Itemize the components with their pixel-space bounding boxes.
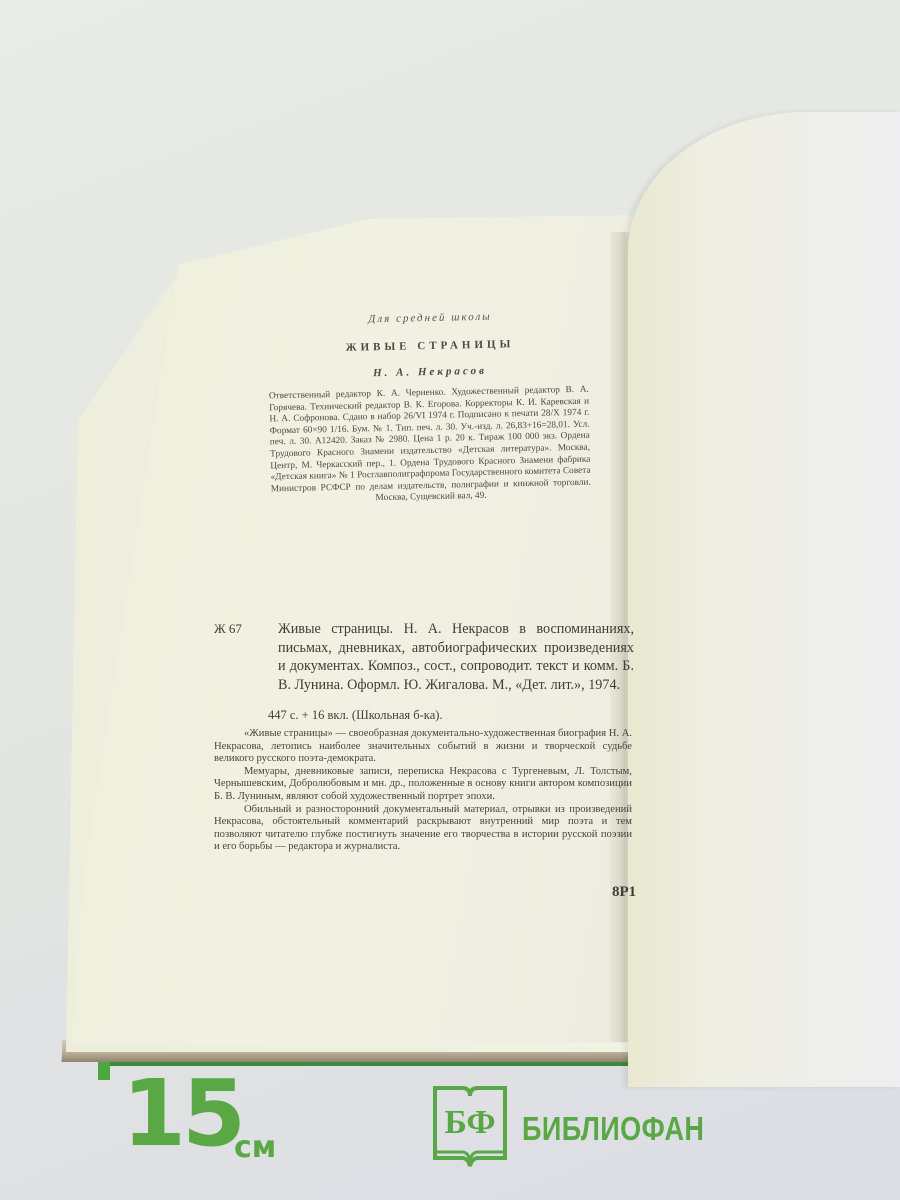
ruler-tick-left bbox=[98, 1062, 110, 1080]
imprint-details: Ответственный редактор К. А. Черненко. Х… bbox=[269, 385, 591, 508]
catalog-description: Живые страницы. Н. А. Некрасов в воспоми… bbox=[278, 620, 634, 694]
photo-scene: Для средней школы ЖИВЫЕ СТРАНИЦЫ Н. А. Н… bbox=[0, 0, 900, 1200]
annotation-paragraph: Обильный и разносторонний документальный… bbox=[214, 804, 632, 854]
catalog-code: Ж 67 bbox=[214, 620, 242, 639]
annotation-paragraph: Мемуары, дневниковые записи, переписка Н… bbox=[214, 766, 632, 804]
size-unit: см bbox=[234, 1130, 276, 1165]
catalog-pages: 447 с. + 16 вкл. (Школьная б-ка). bbox=[268, 706, 634, 725]
logo-letters: БФ bbox=[438, 1104, 502, 1142]
annotation-block: «Живые страницы» — своеобразная документ… bbox=[214, 728, 632, 854]
size-number: 15 bbox=[122, 1068, 242, 1160]
series-line: Для средней школы bbox=[270, 309, 590, 328]
catalog-entry: Ж 67 Живые страницы. Н. А. Некрасов в во… bbox=[214, 620, 634, 725]
annotation-paragraph: «Живые страницы» — своеобразная документ… bbox=[214, 728, 632, 766]
imprint-block: Для средней школы ЖИВЫЕ СТРАНИЦЫ Н. А. Н… bbox=[270, 300, 590, 504]
printing-signature: 8Р1 bbox=[612, 884, 636, 901]
right-page-blank bbox=[628, 112, 900, 1087]
book-author: Н. А. Некрасов bbox=[270, 363, 590, 382]
brand-name: БИБЛИОФАН bbox=[522, 1110, 704, 1148]
open-book-logo-icon: БФ bbox=[432, 1084, 508, 1170]
book-title: ЖИВЫЕ СТРАНИЦЫ bbox=[270, 337, 590, 356]
